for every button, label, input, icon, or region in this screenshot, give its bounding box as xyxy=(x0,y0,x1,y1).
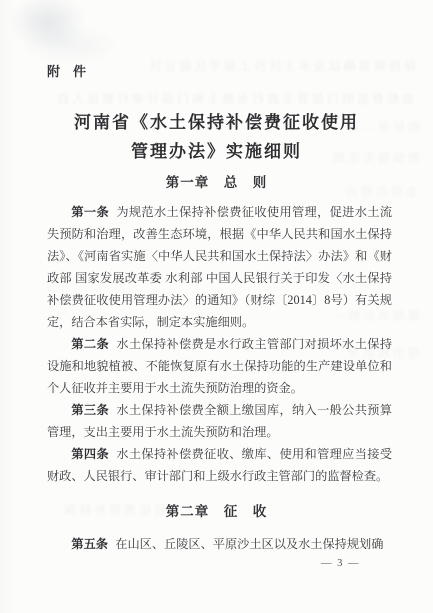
article-number: 第二条 xyxy=(71,337,109,351)
document-title: 河南省《水土保持补偿费征收使用 管理办法》实施细则 xyxy=(0,108,433,166)
article-text: 在山区、丘陵区、平原沙土区以及水土保持规划确 xyxy=(115,537,383,551)
page-number: — 3 — xyxy=(0,558,360,569)
document-body-continued: 第五条在山区、丘陵区、平原沙土区以及水土保持规划确 xyxy=(47,533,392,555)
article-paragraph-4: 第四条水土保持补偿费征收、缴库、使用和管理应当接受财政、人民银行、审计部门和上级… xyxy=(47,443,392,487)
document-page: 保持规划确以及水土区沙土原平区陵丘区山在 查检督监的门部管主政行水级上和门部计审… xyxy=(0,0,433,613)
attachment-label: 附 件 xyxy=(47,63,433,81)
article-paragraph-5: 第五条在山区、丘陵区、平原沙土区以及水土保持规划确 xyxy=(47,533,392,555)
document-title-line-2: 管理办法》实施细则 xyxy=(0,137,433,166)
article-number: 第一条 xyxy=(71,205,109,219)
document-title-line-1: 河南省《水土保持补偿费征收使用 xyxy=(0,108,433,137)
article-paragraph-1: 第一条为规范水土保持补偿费征收使用管理，促进水土流失预防和治理，改善生态环境，根… xyxy=(47,201,392,333)
article-number: 第三条 xyxy=(71,403,109,417)
chapter-heading-2: 第二章 征 收 xyxy=(0,503,433,521)
bleedthrough-text: 查检督监的门部管主政行水级上和门部计审行银民人政财 xyxy=(56,90,414,107)
document-body: 第一条为规范水土保持补偿费征收使用管理，促进水土流失预防和治理，改善生态环境，根… xyxy=(47,201,392,487)
article-paragraph-2: 第二条水土保持补偿费是水行政主管部门对损坏水土保持设施和地貌植被、不能恢复原有水… xyxy=(47,333,392,399)
article-number: 第五条 xyxy=(71,537,108,551)
article-text: 为规范水土保持补偿费征收使用管理，促进水土流失预防和治理，改善生态环境，根据《中… xyxy=(47,205,392,329)
chapter-heading-1: 第一章 总 则 xyxy=(0,174,433,192)
article-number: 第四条 xyxy=(71,447,109,461)
article-paragraph-3: 第三条水土保持补偿费全额上缴国库，纳入一般公共预算管理，支出主要用于水土流失预防… xyxy=(47,399,392,443)
